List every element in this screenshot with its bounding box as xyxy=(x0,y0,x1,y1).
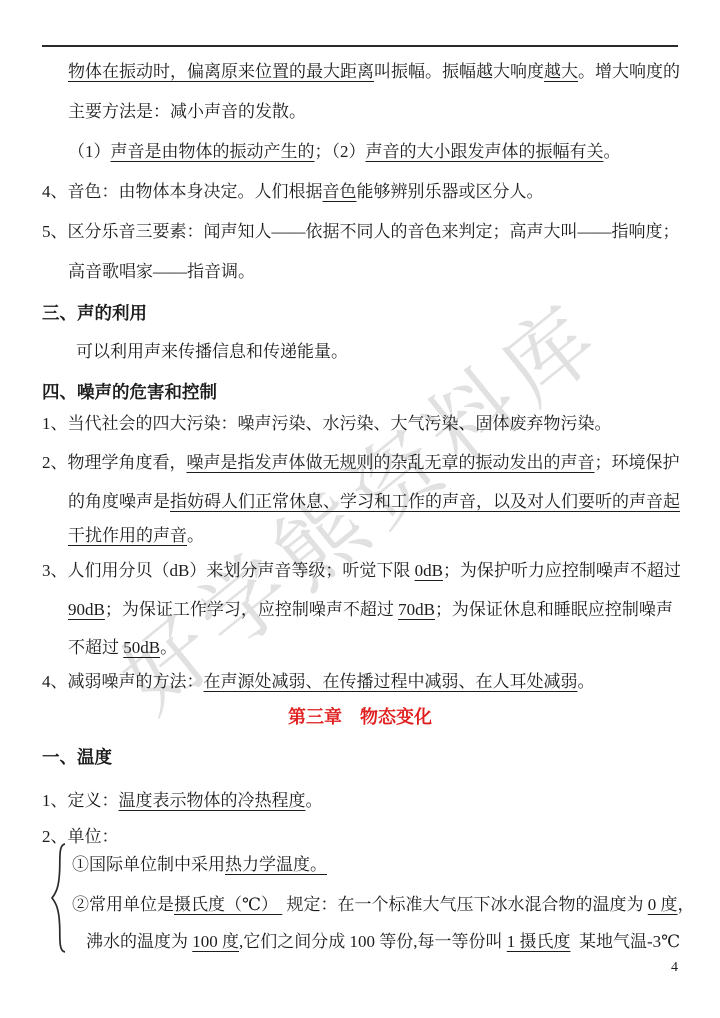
text-line: （1）声音是由物体的振动产生的；（2）声音的大小跟发声体的振幅有关。 xyxy=(68,132,621,172)
text-segment: ②常用单位是 xyxy=(72,895,174,914)
underlined-text-segment: 声音的大小跟发声体的振幅有关 xyxy=(366,142,604,161)
text-line: 干扰作用的声音。 xyxy=(68,516,204,556)
text-segment: 1、定义： xyxy=(42,791,119,810)
text-segment: 三、声的利用 xyxy=(42,303,147,323)
text-segment: ；为保护听力应控制噪声不超过 xyxy=(443,561,681,580)
document-page: 好学熊资料库 物体在振动时，偏离原来位置的最大距离叫振幅。振幅越大响度越大。增大… xyxy=(0,0,720,1018)
underlined-text-segment: 干扰作用的声音 xyxy=(68,526,187,545)
text-segment: 沸水的温度为 xyxy=(86,932,192,951)
text-line: 主要方法是：减小声音的发散。 xyxy=(68,92,306,132)
section-heading: 一、温度 xyxy=(42,737,112,777)
text-segment: ,它们之间分成 100 等份,每一等份叫 xyxy=(239,932,507,951)
text-line: 2、物理学角度看，噪声是指发声体做无规则的杂乱无章的振动发出的声音；环境保护 xyxy=(42,443,680,483)
text-line: 3、人们用分贝（dB）来划分声音等级；听觉下限 0dB；为保护听力应控制噪声不超… xyxy=(42,551,681,591)
text-line: 可以利用声来传播信息和传递能量。 xyxy=(76,332,348,372)
text-segment: 的角度噪声是 xyxy=(68,492,170,511)
underlined-text-segment: 1 摄氏度 xyxy=(507,932,571,951)
text-segment: 4、减弱噪声的方法： xyxy=(42,672,204,691)
underlined-text-segment: 在声源处减弱、在传播过程中减弱、在人耳处减弱 xyxy=(204,672,578,691)
text-segment: 可以利用声来传播信息和传递能量。 xyxy=(76,342,348,361)
underlined-text-segment: 50dB xyxy=(123,638,160,657)
text-segment: 。 xyxy=(578,672,595,691)
text-line: 1、当代社会的四大污染：噪声污染、水污染、大气污染、固体废弃物污染。 xyxy=(42,404,612,444)
underlined-text-segment: 摄氏度（℃） xyxy=(174,895,282,914)
text-segment: 规定：在一个标准大气压下冰水混合物的温度为 xyxy=(282,895,648,914)
text-segment: 5、区分乐音三要素：闻声知人——依据不同人的音色来判定；高声大叫——指响度； xyxy=(42,222,680,241)
text-line: 1、定义：温度表示物体的冷热程度。 xyxy=(42,781,323,821)
text-segment: ， xyxy=(678,895,695,914)
page-number: 4 xyxy=(671,960,678,976)
text-segment: 。 xyxy=(187,526,204,545)
text-line: 90dB；为保证工作学习，应控制噪声不超过 70dB；为保证休息和睡眠应控制噪声 xyxy=(68,590,673,630)
underlined-text-segment: 0 度 xyxy=(648,895,678,914)
text-segment: ①国际单位制中采用 xyxy=(72,855,225,874)
text-segment: ；（2） xyxy=(315,142,366,161)
text-segment: 4、音色：由物体本身决定。人们根据 xyxy=(42,182,323,201)
underlined-text-segment: 音色 xyxy=(323,182,357,201)
text-segment: 高音歌唱家——指音调。 xyxy=(68,262,255,281)
text-segment: 主要方法是：减小声音的发散。 xyxy=(68,102,306,121)
text-segment: 。 xyxy=(604,142,621,161)
underlined-text-segment: 声音是由物体的振动产生的 xyxy=(111,142,315,161)
text-segment: 。增大响度的 xyxy=(578,62,680,81)
underlined-text-segment: 热力学温度。 xyxy=(225,855,327,874)
text-segment: 某地气温-3℃ xyxy=(571,932,681,951)
underlined-text-segment: 指妨碍人们正常休息、学习和工作的声音，以及对人们要听的声音起 xyxy=(170,492,680,511)
underlined-text-segment: 90dB xyxy=(68,600,105,619)
text-segment: 一、温度 xyxy=(42,747,112,767)
underlined-text-segment: 噪声是指发声体做无规则的杂乱无章的振动发出的声音 xyxy=(187,453,595,472)
underlined-text-segment: 100 度 xyxy=(192,932,239,951)
text-line: ①国际单位制中采用热力学温度。 xyxy=(72,845,327,885)
text-line: 4、音色：由物体本身决定。人们根据音色能够辨别乐器或区分人。 xyxy=(42,172,544,212)
text-segment: 1、当代社会的四大污染：噪声污染、水污染、大气污染、固体废弃物污染。 xyxy=(42,414,612,433)
underlined-text-segment: 0dB xyxy=(415,561,443,580)
text-segment: ；环境保护 xyxy=(595,453,680,472)
text-segment: 能够辨别乐器或区分人。 xyxy=(357,182,544,201)
text-segment: ；为保证工作学习，应控制噪声不超过 xyxy=(105,600,398,619)
text-line: ②常用单位是摄氏度（℃） 规定：在一个标准大气压下冰水混合物的温度为 0 度， xyxy=(72,885,695,925)
text-segment: ；为保证休息和睡眠应控制噪声 xyxy=(435,600,673,619)
section-heading: 三、声的利用 xyxy=(42,293,147,333)
text-segment: 四、噪声的危害和控制 xyxy=(42,382,217,402)
text-segment: 叫振幅。振幅越大响度 xyxy=(374,62,544,81)
text-segment: 不超过 xyxy=(68,638,123,657)
underlined-text-segment: 物体在振动时，偏离原来位置的最大距离 xyxy=(68,62,374,81)
chapter-heading: 第三章 物态变化 xyxy=(0,697,720,737)
brace-left-icon xyxy=(50,842,68,959)
text-segment: 2、物理学角度看， xyxy=(42,453,187,472)
underlined-text-segment: 70dB xyxy=(398,600,435,619)
text-line: 高音歌唱家——指音调。 xyxy=(68,252,255,292)
text-line: 物体在振动时，偏离原来位置的最大距离叫振幅。振幅越大响度越大。增大响度的 xyxy=(68,52,680,92)
header-rule xyxy=(42,45,678,47)
text-segment: 。 xyxy=(306,791,323,810)
text-segment: 。 xyxy=(160,638,177,657)
page-content: 物体在振动时，偏离原来位置的最大距离叫振幅。振幅越大响度越大。增大响度的主要方法… xyxy=(0,0,720,1018)
text-line: 4、减弱噪声的方法：在声源处减弱、在传播过程中减弱、在人耳处减弱。 xyxy=(42,662,595,702)
underlined-text-segment: 温度表示物体的冷热程度 xyxy=(119,791,306,810)
text-segment: 3、人们用分贝（dB）来划分声音等级；听觉下限 xyxy=(42,561,415,580)
text-line: 沸水的温度为 100 度,它们之间分成 100 等份,每一等份叫 1 摄氏度 某… xyxy=(86,922,680,962)
text-line: 5、区分乐音三要素：闻声知人——依据不同人的音色来判定；高声大叫——指响度； xyxy=(42,212,680,252)
text-segment: 第三章 物态变化 xyxy=(288,707,432,727)
text-segment: （1） xyxy=(68,142,111,161)
underlined-text-segment: 越大 xyxy=(544,62,578,81)
